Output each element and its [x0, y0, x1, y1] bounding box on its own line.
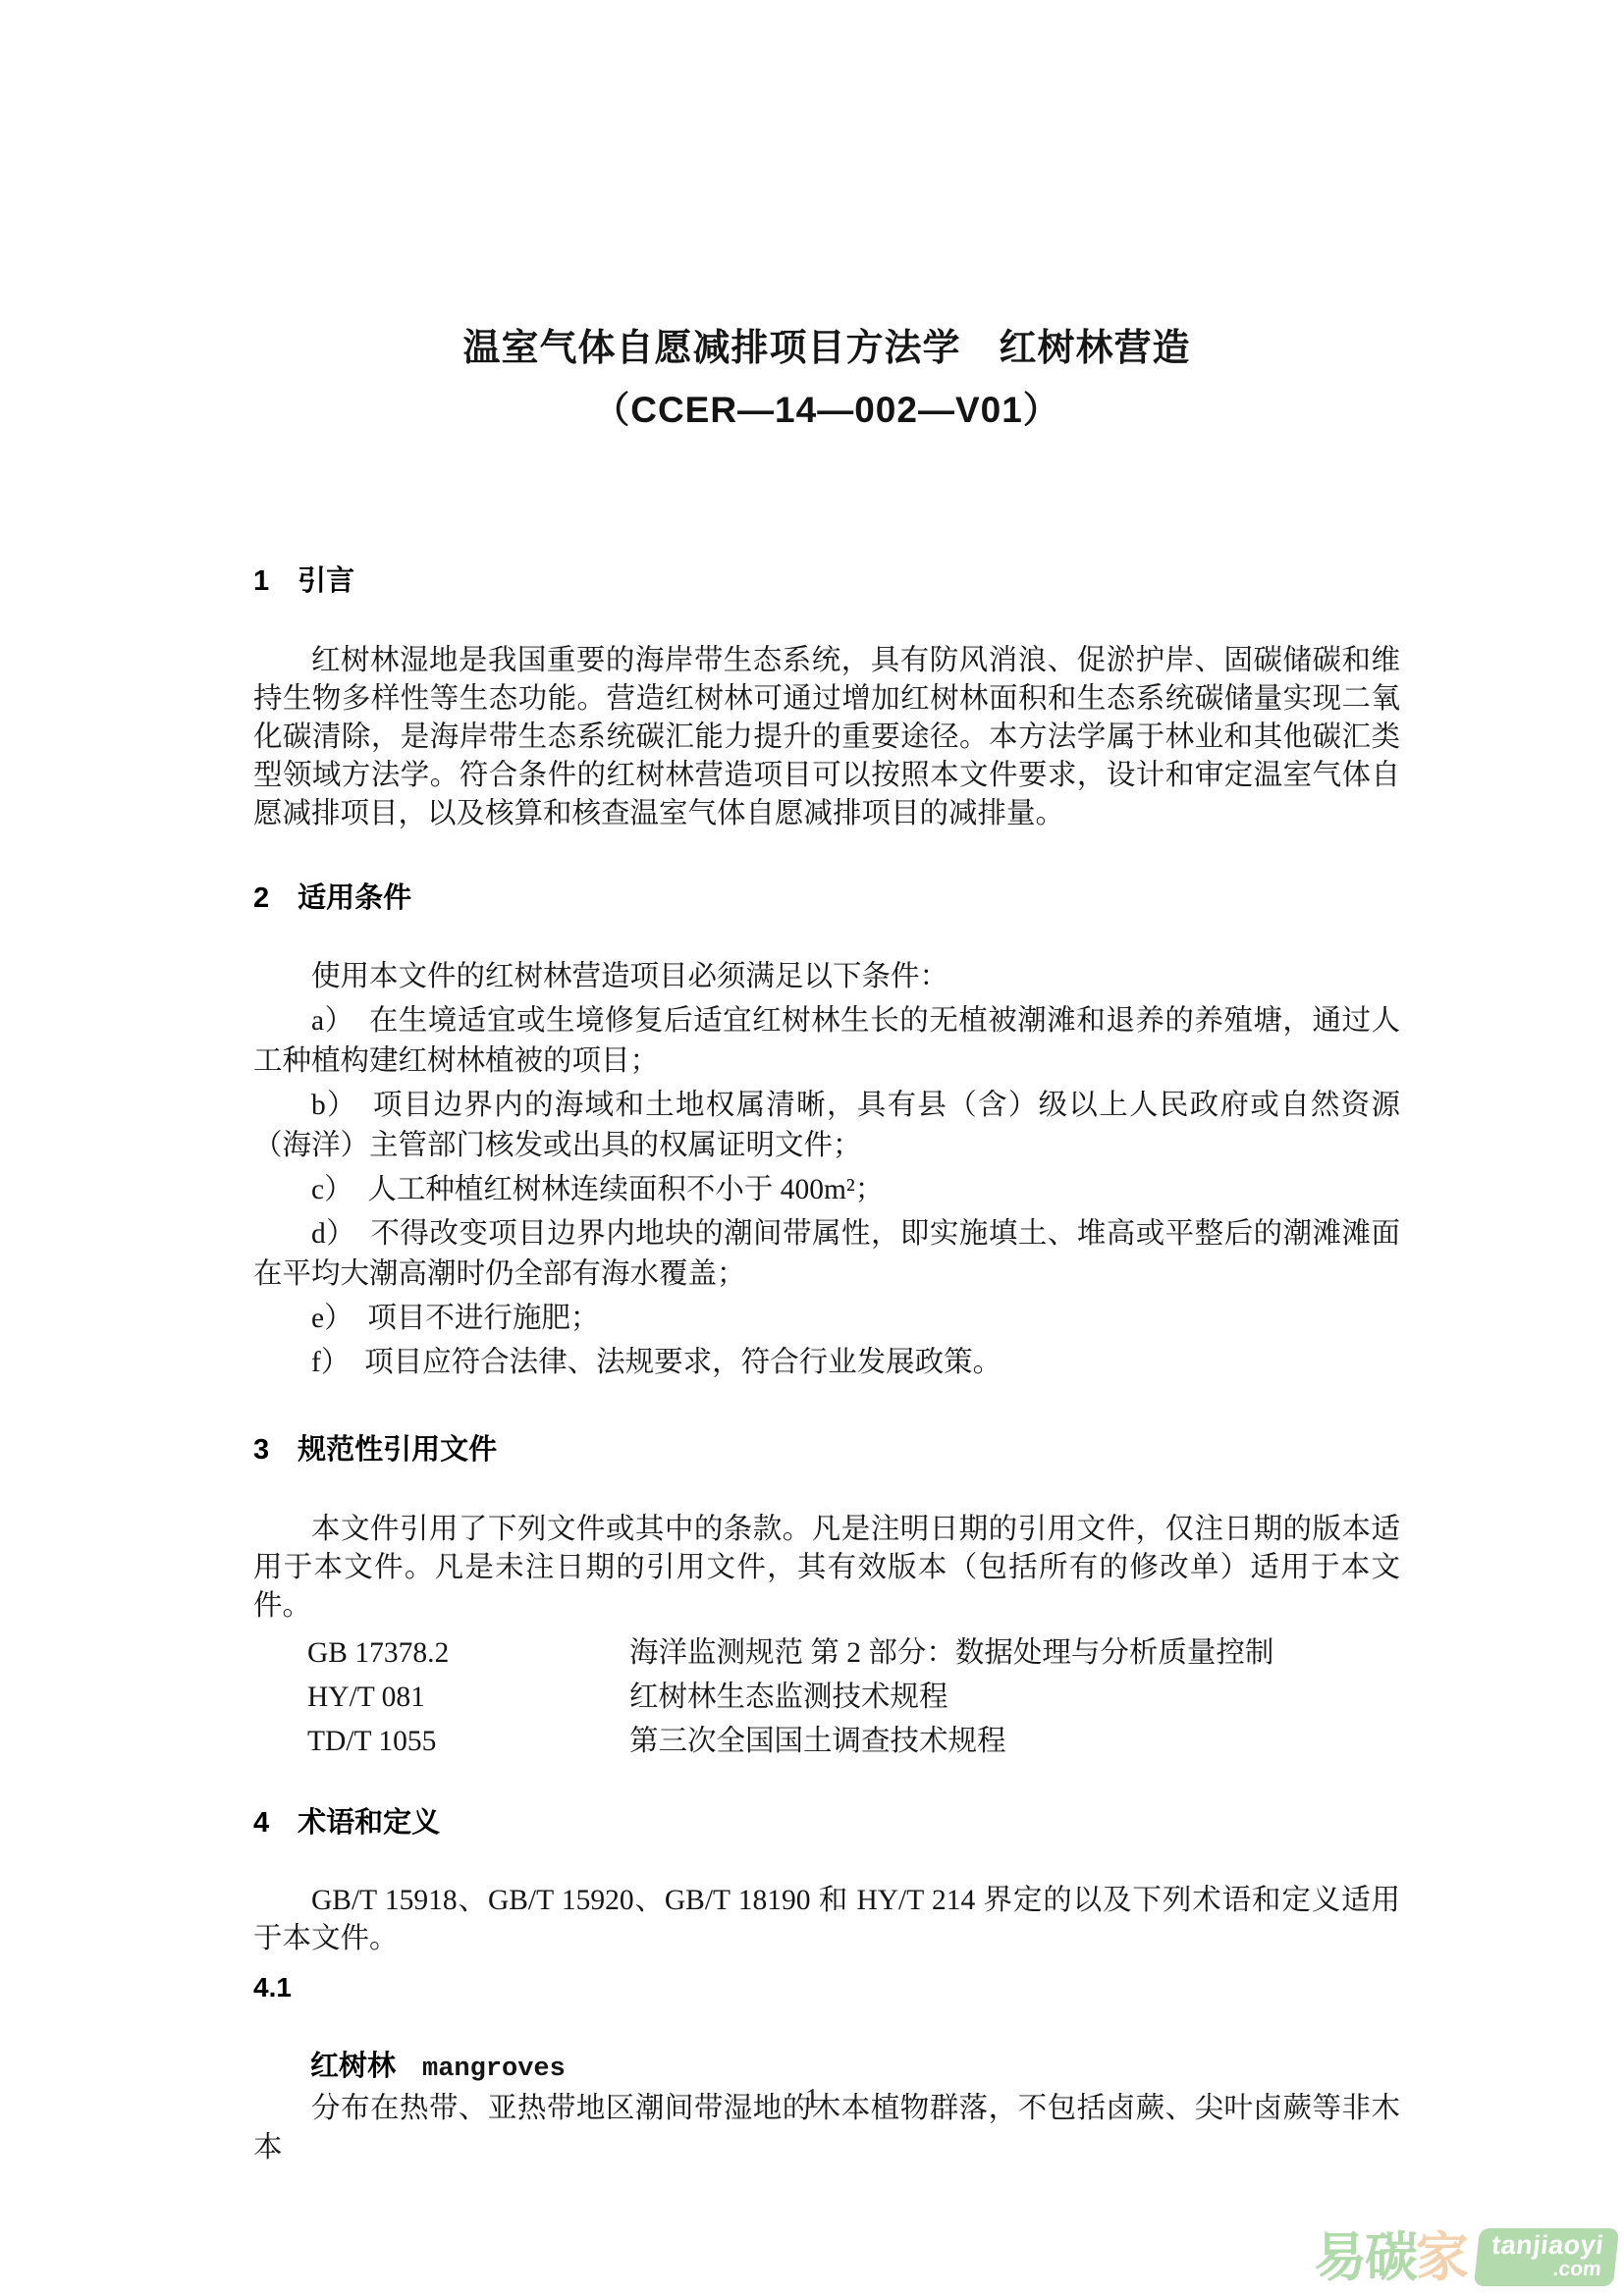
page-content: 温室气体自愿减排项目方法学 红树林营造 （CCER—14—002—V01） 1 …: [253, 0, 1400, 2167]
section-introduction: 1 引言 红树林湿地是我国重要的海岸带生态系统，具有防风消浪、促淤护岸、固碳储碳…: [253, 563, 1400, 833]
reference-title: 第三次全国国土调查技术规程: [629, 1720, 1400, 1764]
watermark-domain-tld: .com: [1552, 2258, 1602, 2280]
page-number: 1: [0, 2079, 1624, 2118]
condition-item: d） 不得改变项目边界内地块的潮间带属性，即实施填土、堆高或平整后的潮滩滩面在平…: [253, 1214, 1400, 1295]
condition-item: b） 项目边界内的海域和土地权属清晰，具有县（含）级以上人民政府或自然资源（海洋…: [253, 1086, 1400, 1166]
section-3-lead: 本文件引用了下列文件或其中的条款。凡是注明日期的引用文件，仅注日期的版本适用于本…: [253, 1511, 1400, 1626]
watermark-domain-name: tanjiaoyi: [1490, 2230, 1605, 2260]
section-2-heading: 2 适用条件: [253, 881, 1400, 916]
reference-code: GB 17378.2: [307, 1631, 629, 1676]
condition-item: e） 项目不进行施肥；: [253, 1299, 1400, 1339]
condition-item: c） 人工种植红树林连续面积不小于 400m²；: [253, 1170, 1400, 1210]
title-line-2: （CCER—14—002—V01）: [253, 387, 1400, 434]
reference-title: 海洋监测规范 第 2 部分：数据处理与分析质量控制: [629, 1631, 1400, 1676]
document-title: 温室气体自愿减排项目方法学 红树林营造 （CCER—14—002—V01）: [253, 324, 1400, 434]
reference-list: GB 17378.2 海洋监测规范 第 2 部分：数据处理与分析质量控制 HY/…: [253, 1631, 1400, 1764]
reference-row: HY/T 081 红树林生态监测技术规程: [253, 1676, 1400, 1720]
section-4-heading: 4 术语和定义: [253, 1805, 1400, 1841]
reference-row: GB 17378.2 海洋监测规范 第 2 部分：数据处理与分析质量控制: [253, 1631, 1400, 1676]
section-4-lead: GB/T 15918、GB/T 15920、GB/T 18190 和 HY/T …: [253, 1882, 1400, 1958]
watermark-char-jia-icon: 家: [1416, 2229, 1467, 2286]
reference-title: 红树林生态监测技术规程: [629, 1676, 1400, 1720]
section-3-heading: 3 规范性引用文件: [253, 1432, 1400, 1468]
section-2-lead: 使用本文件的红树林营造项目必须满足以下条件：: [253, 957, 1400, 997]
reference-code: TD/T 1055: [307, 1720, 629, 1764]
watermark-char-yi-icon: 易: [1314, 2229, 1365, 2286]
section-1-paragraph: 红树林湿地是我国重要的海岸带生态系统，具有防风消浪、促淤护岸、固碳储碳和维持生物…: [253, 642, 1400, 833]
section-applicability: 2 适用条件 使用本文件的红树林营造项目必须满足以下条件： a） 在生境适宜或生…: [253, 881, 1400, 1383]
watermark-domain-badge: tanjiaoyi .com: [1474, 2228, 1619, 2286]
reference-code: HY/T 081: [307, 1676, 629, 1720]
reference-row: TD/T 1055 第三次全国国土调查技术规程: [253, 1720, 1400, 1764]
document-page: 温室气体自愿减排项目方法学 红树林营造 （CCER—14—002—V01） 1 …: [0, 0, 1624, 2296]
section-1-heading: 1 引言: [253, 563, 1400, 599]
term-name-zh: 红树林: [310, 2051, 396, 2082]
term-number: 4.1: [253, 1970, 1400, 2005]
condition-list: a） 在生境适宜或生境修复后适宜红树林生长的无植被潮滩和退养的养殖塘，通过人工种…: [253, 1001, 1400, 1383]
condition-item: a） 在生境适宜或生境修复后适宜红树林生长的无植被潮滩和退养的养殖塘，通过人工种…: [253, 1001, 1400, 1082]
section-normative-references: 3 规范性引用文件 本文件引用了下列文件或其中的条款。凡是注明日期的引用文件，仅…: [253, 1432, 1400, 1764]
condition-item: f） 项目应符合法律、法规要求，符合行业发展政策。: [253, 1343, 1400, 1383]
title-line-1: 温室气体自愿减排项目方法学 红树林营造: [253, 324, 1400, 373]
watermark-char-tan-icon: 碳: [1365, 2229, 1416, 2286]
watermark-logo: 易 碳 家 tanjiaoyi .com: [1314, 2228, 1616, 2286]
